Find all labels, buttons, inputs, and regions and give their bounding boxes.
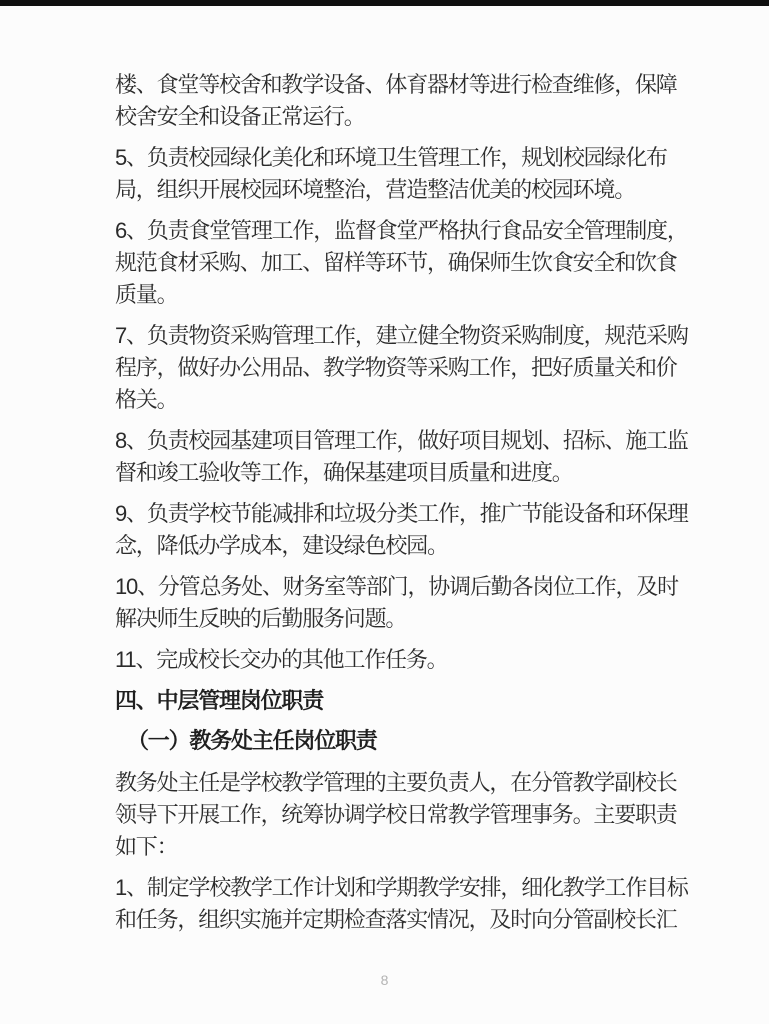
list-item-11: 11、完成校长交办的其他工作任务。 — [115, 644, 715, 676]
paragraph-continuation: 楼、食堂等校舍和教学设备、体育器材等进行检查维修，保障 校舍安全和设备正常运行。 — [115, 69, 715, 133]
list-item-8: 8、负责校园基建项目管理工作，做好项目规划、招标、施工监 督和竣工验收等工作，确… — [115, 425, 715, 489]
page-number: 8 — [0, 972, 769, 988]
document-body: 楼、食堂等校舍和教学设备、体育器材等进行检查维修，保障 校舍安全和设备正常运行。… — [115, 0, 715, 945]
section-heading: 四、中层管理岗位职责 — [115, 685, 715, 717]
intro-paragraph: 教务处主任是学校教学管理的主要负责人，在分管教学副校长 领导下开展工作，统筹协调… — [115, 767, 715, 863]
list-item-1: 1、制定学校教学工作计划和学期教学安排，细化教学工作目标 和任务，组织实施并定期… — [115, 872, 715, 936]
list-item-5: 5、负责校园绿化美化和环境卫生管理工作，规划校园绿化布 局，组织开展校园环境整治… — [115, 142, 715, 206]
list-item-10: 10、分管总务处、财务室等部门，协调后勤各岗位工作，及时 解决师生反映的后勤服务… — [115, 571, 715, 635]
list-item-7: 7、负责物资采购管理工作，建立健全物资采购制度，规范采购 程序，做好办公用品、教… — [115, 320, 715, 416]
list-item-6: 6、负责食堂管理工作，监督食堂严格执行食品安全管理制度， 规范食材采购、加工、留… — [115, 215, 715, 311]
subsection-heading: （一）教务处主任岗位职责 — [127, 725, 715, 757]
list-item-9: 9、负责学校节能减排和垃圾分类工作，推广节能设备和环保理 念，降低办学成本，建设… — [115, 498, 715, 562]
